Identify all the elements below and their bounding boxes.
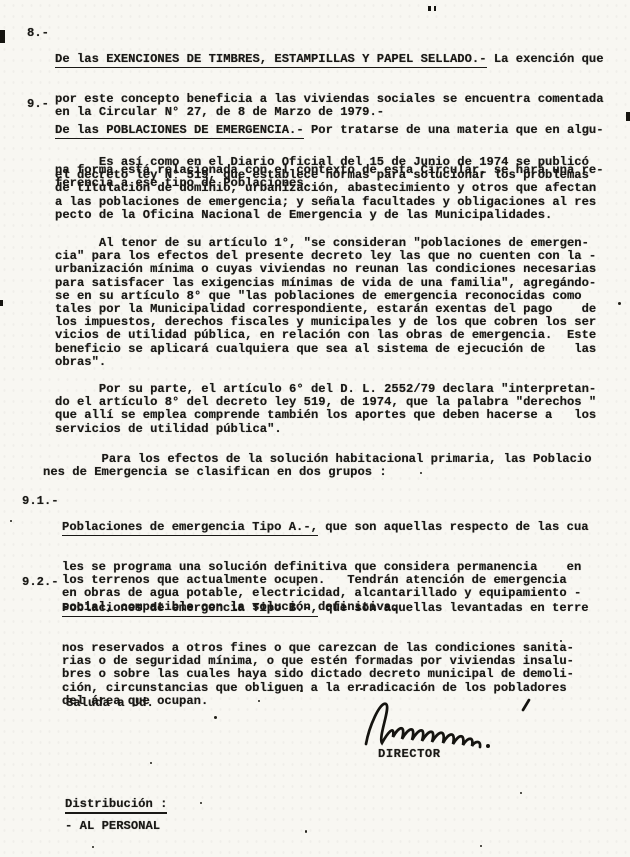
scan-speckle — [305, 830, 307, 833]
scan-speckle — [300, 690, 303, 692]
subsection-9-2-number: 9.2.- — [22, 576, 62, 734]
distribution-heading-line: Distribución : — [65, 798, 167, 811]
handwritten-signature-icon — [360, 697, 536, 749]
subsection-9-1-heading-line: Poblaciones de emergencia Tipo A.-, que … — [62, 521, 589, 534]
paragraph-por-su-parte: Por su parte, el artículo 6° del D. L. 2… — [55, 383, 596, 436]
scan-speckle — [214, 716, 217, 719]
subsection-9-2-heading-line: Poblaciones de emergencia Tipo B.-, que … — [62, 602, 589, 615]
section-9-heading: De las POBLACIONES DE EMERGENCIA.- — [55, 123, 304, 139]
distribution-list: - AL PERSONAL — [65, 820, 160, 833]
paragraph-clasificacion: Para los efectos de la solución habitaci… — [43, 453, 592, 479]
salutation-text: Saluda a Ud. — [66, 697, 154, 710]
scan-speckle — [560, 640, 562, 642]
scan-edge-smudge — [626, 112, 630, 121]
scan-speckle — [360, 688, 363, 690]
paragraph-al-tenor: Al tenor de su artículo 1°, "se consider… — [55, 237, 596, 369]
section-9-heading-line: De las POBLACIONES DE EMERGENCIA.- Por t… — [55, 124, 604, 137]
scan-edge-smudge — [0, 30, 5, 43]
section-8-heading: De las EXENCIONES DE TIMBRES, ESTAMPILLA… — [55, 52, 487, 68]
scan-speckle — [10, 520, 12, 522]
subsection-9-1-heading-rest: que son aquellas respecto de las cua — [318, 520, 589, 534]
scan-speckle — [150, 762, 152, 764]
section-9-number: 9.- — [27, 98, 55, 217]
section-8-heading-rest: La exención que — [487, 52, 604, 66]
subsection-9-2-heading-rest: que son aquellas levantadas en terre — [318, 601, 589, 615]
scanned-document-page: 8.- De las EXENCIONES DE TIMBRES, ESTAMP… — [0, 0, 630, 857]
scan-speckle — [618, 302, 621, 305]
scan-speckle — [258, 700, 260, 702]
scan-speckle — [520, 792, 522, 794]
scan-speckle — [92, 846, 94, 848]
scan-speckle — [480, 845, 482, 847]
paragraph-diario-oficial: Es así como en el Diario Oficial del 15 … — [55, 156, 596, 222]
scan-mark — [434, 6, 436, 11]
section-8-heading-line: De las EXENCIONES DE TIMBRES, ESTAMPILLA… — [55, 53, 604, 66]
distribution-heading: Distribución : — [65, 797, 167, 814]
scan-edge-smudge — [0, 300, 3, 306]
scan-speckle — [420, 472, 422, 474]
scan-speckle — [200, 802, 202, 804]
subsection-9-1-heading: Poblaciones de emergencia Tipo A.-, — [62, 520, 318, 536]
subsection-9-2-heading: Poblaciones de emergencia Tipo B.-, — [62, 601, 318, 617]
scan-mark — [428, 6, 431, 11]
section-9-heading-rest: Por tratarse de una materia que en algu- — [304, 123, 604, 137]
signer-title: DIRECTOR — [378, 748, 441, 761]
